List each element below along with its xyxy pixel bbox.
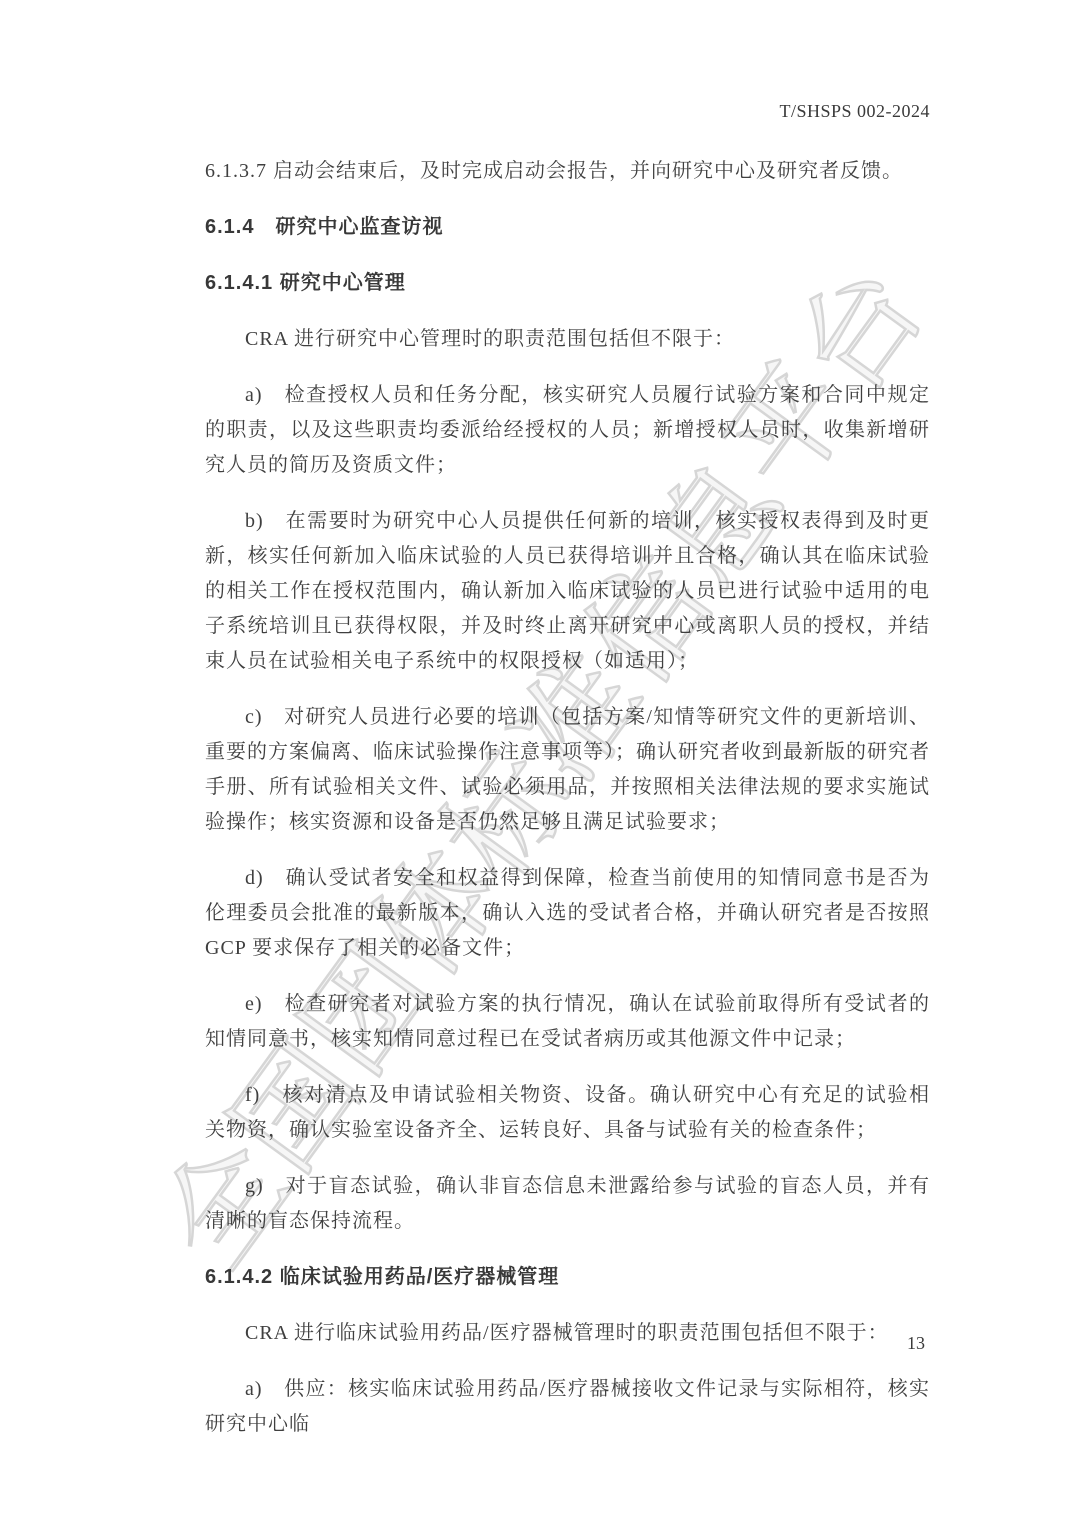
paragraph-cra-site-management-intro: CRA 进行研究中心管理时的职责范围包括但不限于： [205,322,930,357]
list-item-c-site-management: c) 对研究人员进行必要的培训（包括方案/知情等研究文件的更新培训、重要的方案偏… [205,700,930,840]
standard-code: T/SHSPS 002-2024 [205,100,930,122]
heading-6-1-4: 6.1.4 研究中心监查访视 [205,210,930,245]
list-item-g-site-management: g) 对于盲态试验，确认非盲态信息未泄露给参与试验的盲态人员，并有清晰的盲态保持… [205,1169,930,1239]
heading-6-1-4-2: 6.1.4.2 临床试验用药品/医疗器械管理 [205,1260,930,1295]
list-item-b-site-management: b) 在需要时为研究中心人员提供任何新的培训，核实授权表得到及时更新，核实任何新… [205,504,930,679]
list-item-a-site-management: a) 检查授权人员和任务分配，核实研究人员履行试验方案和合同中规定的职责，以及这… [205,378,930,483]
heading-6-1-4-1: 6.1.4.1 研究中心管理 [205,266,930,301]
page-content: T/SHSPS 002-2024 6.1.3.7 启动会结束后，及时完成启动会报… [0,0,1080,1442]
clause-6-1-3-7: 6.1.3.7 启动会结束后，及时完成启动会报告，并向研究中心及研究者反馈。 [205,154,930,189]
list-item-e-site-management: e) 检查研究者对试验方案的执行情况，确认在试验前取得所有受试者的知情同意书，核… [205,987,930,1057]
page-number: 13 [907,1333,925,1354]
list-item-a-drug-device-supply: a) 供应：核实临床试验用药品/医疗器械接收文件记录与实际相符，核实研究中心临 [205,1372,930,1442]
list-item-d-site-management: d) 确认受试者安全和权益得到保障，检查当前使用的知情同意书是否为伦理委员会批准… [205,861,930,966]
paragraph-cra-drug-device-intro: CRA 进行临床试验用药品/医疗器械管理时的职责范围包括但不限于： [205,1316,930,1351]
document-page: 全国团体标准信息平台 T/SHSPS 002-2024 6.1.3.7 启动会结… [0,0,1080,1526]
list-item-f-site-management: f) 核对清点及申请试验相关物资、设备。确认研究中心有充足的试验相关物资，确认实… [205,1078,930,1148]
